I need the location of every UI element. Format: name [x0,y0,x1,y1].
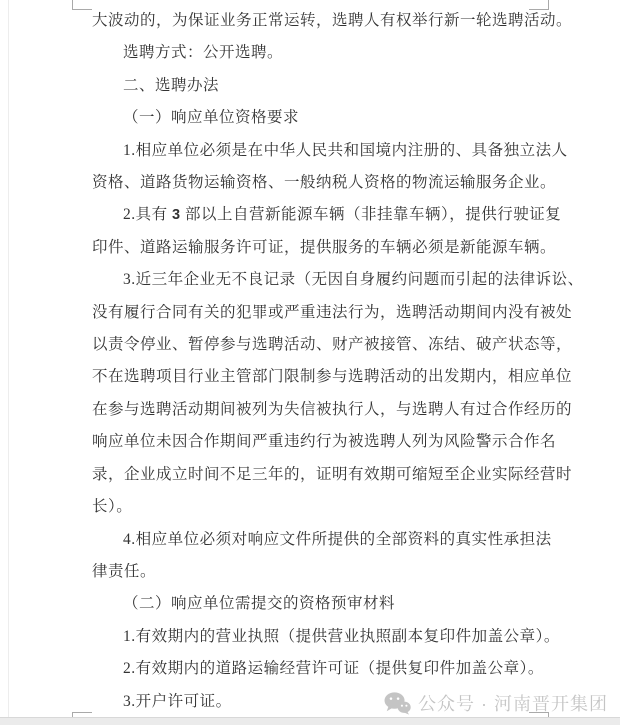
text-boundary-mark-top-left [72,0,92,10]
paragraph-continuation: 大波动的，为保证业务正常运转，选聘人有权举行新一轮选聘活动。 [92,5,529,37]
bold-number: 3 [172,207,181,223]
wechat-icon [384,692,411,715]
watermark-text: 公众号 · 河南晋开集团 [418,690,608,716]
paragraph-subsection-1-heading: （一）响应单位资格要求 [92,102,529,134]
paragraph-recruit-method: 选聘方式：公开选聘。 [92,37,529,69]
paragraph-requirement-1: 1.相应单位必须是在中华人民共和国境内注册的、具备独立法人 资格、道路货物运输资… [92,135,529,200]
paragraph-requirement-4: 4.相应单位必须对响应文件所提供的全部资料的真实性承担法 律责任。 [92,524,529,589]
paragraph-material-1: 1.有效期内的营业执照（提供营业执照副本复印件加盖公章）。 [92,621,529,653]
page-bottom-edge [0,717,620,725]
text-boundary-mark-top-right [529,0,549,10]
document-page: 大波动的，为保证业务正常运转，选聘人有权举行新一轮选聘活动。 选聘方式：公开选聘… [0,0,620,725]
paragraph-material-2: 2.有效期内的道路运输经营许可证（提供复印件加盖公章）。 [92,653,529,685]
paragraph-requirement-3: 3.近三年企业无不良记录（无因自身履约问题而引起的法律诉讼、 没有履行合同有关的… [92,264,529,523]
paragraph-requirement-2: 2.具有 3 部以上自营新能源车辆（非挂靠车辆），提供行驶证复 印件、道路运输服… [92,199,529,264]
wechat-watermark: 公众号 · 河南晋开集团 [384,690,608,716]
paragraph-section-2-heading: 二、选聘办法 [92,70,529,102]
document-text: 大波动的，为保证业务正常运转，选聘人有权举行新一轮选聘活动。 选聘方式：公开选聘… [92,5,529,718]
paragraph-text: 2.具有 [123,206,172,223]
page-left-edge [8,0,9,717]
paragraph-subsection-2-heading: （二）响应单位需提交的资格预审材料 [92,588,529,620]
